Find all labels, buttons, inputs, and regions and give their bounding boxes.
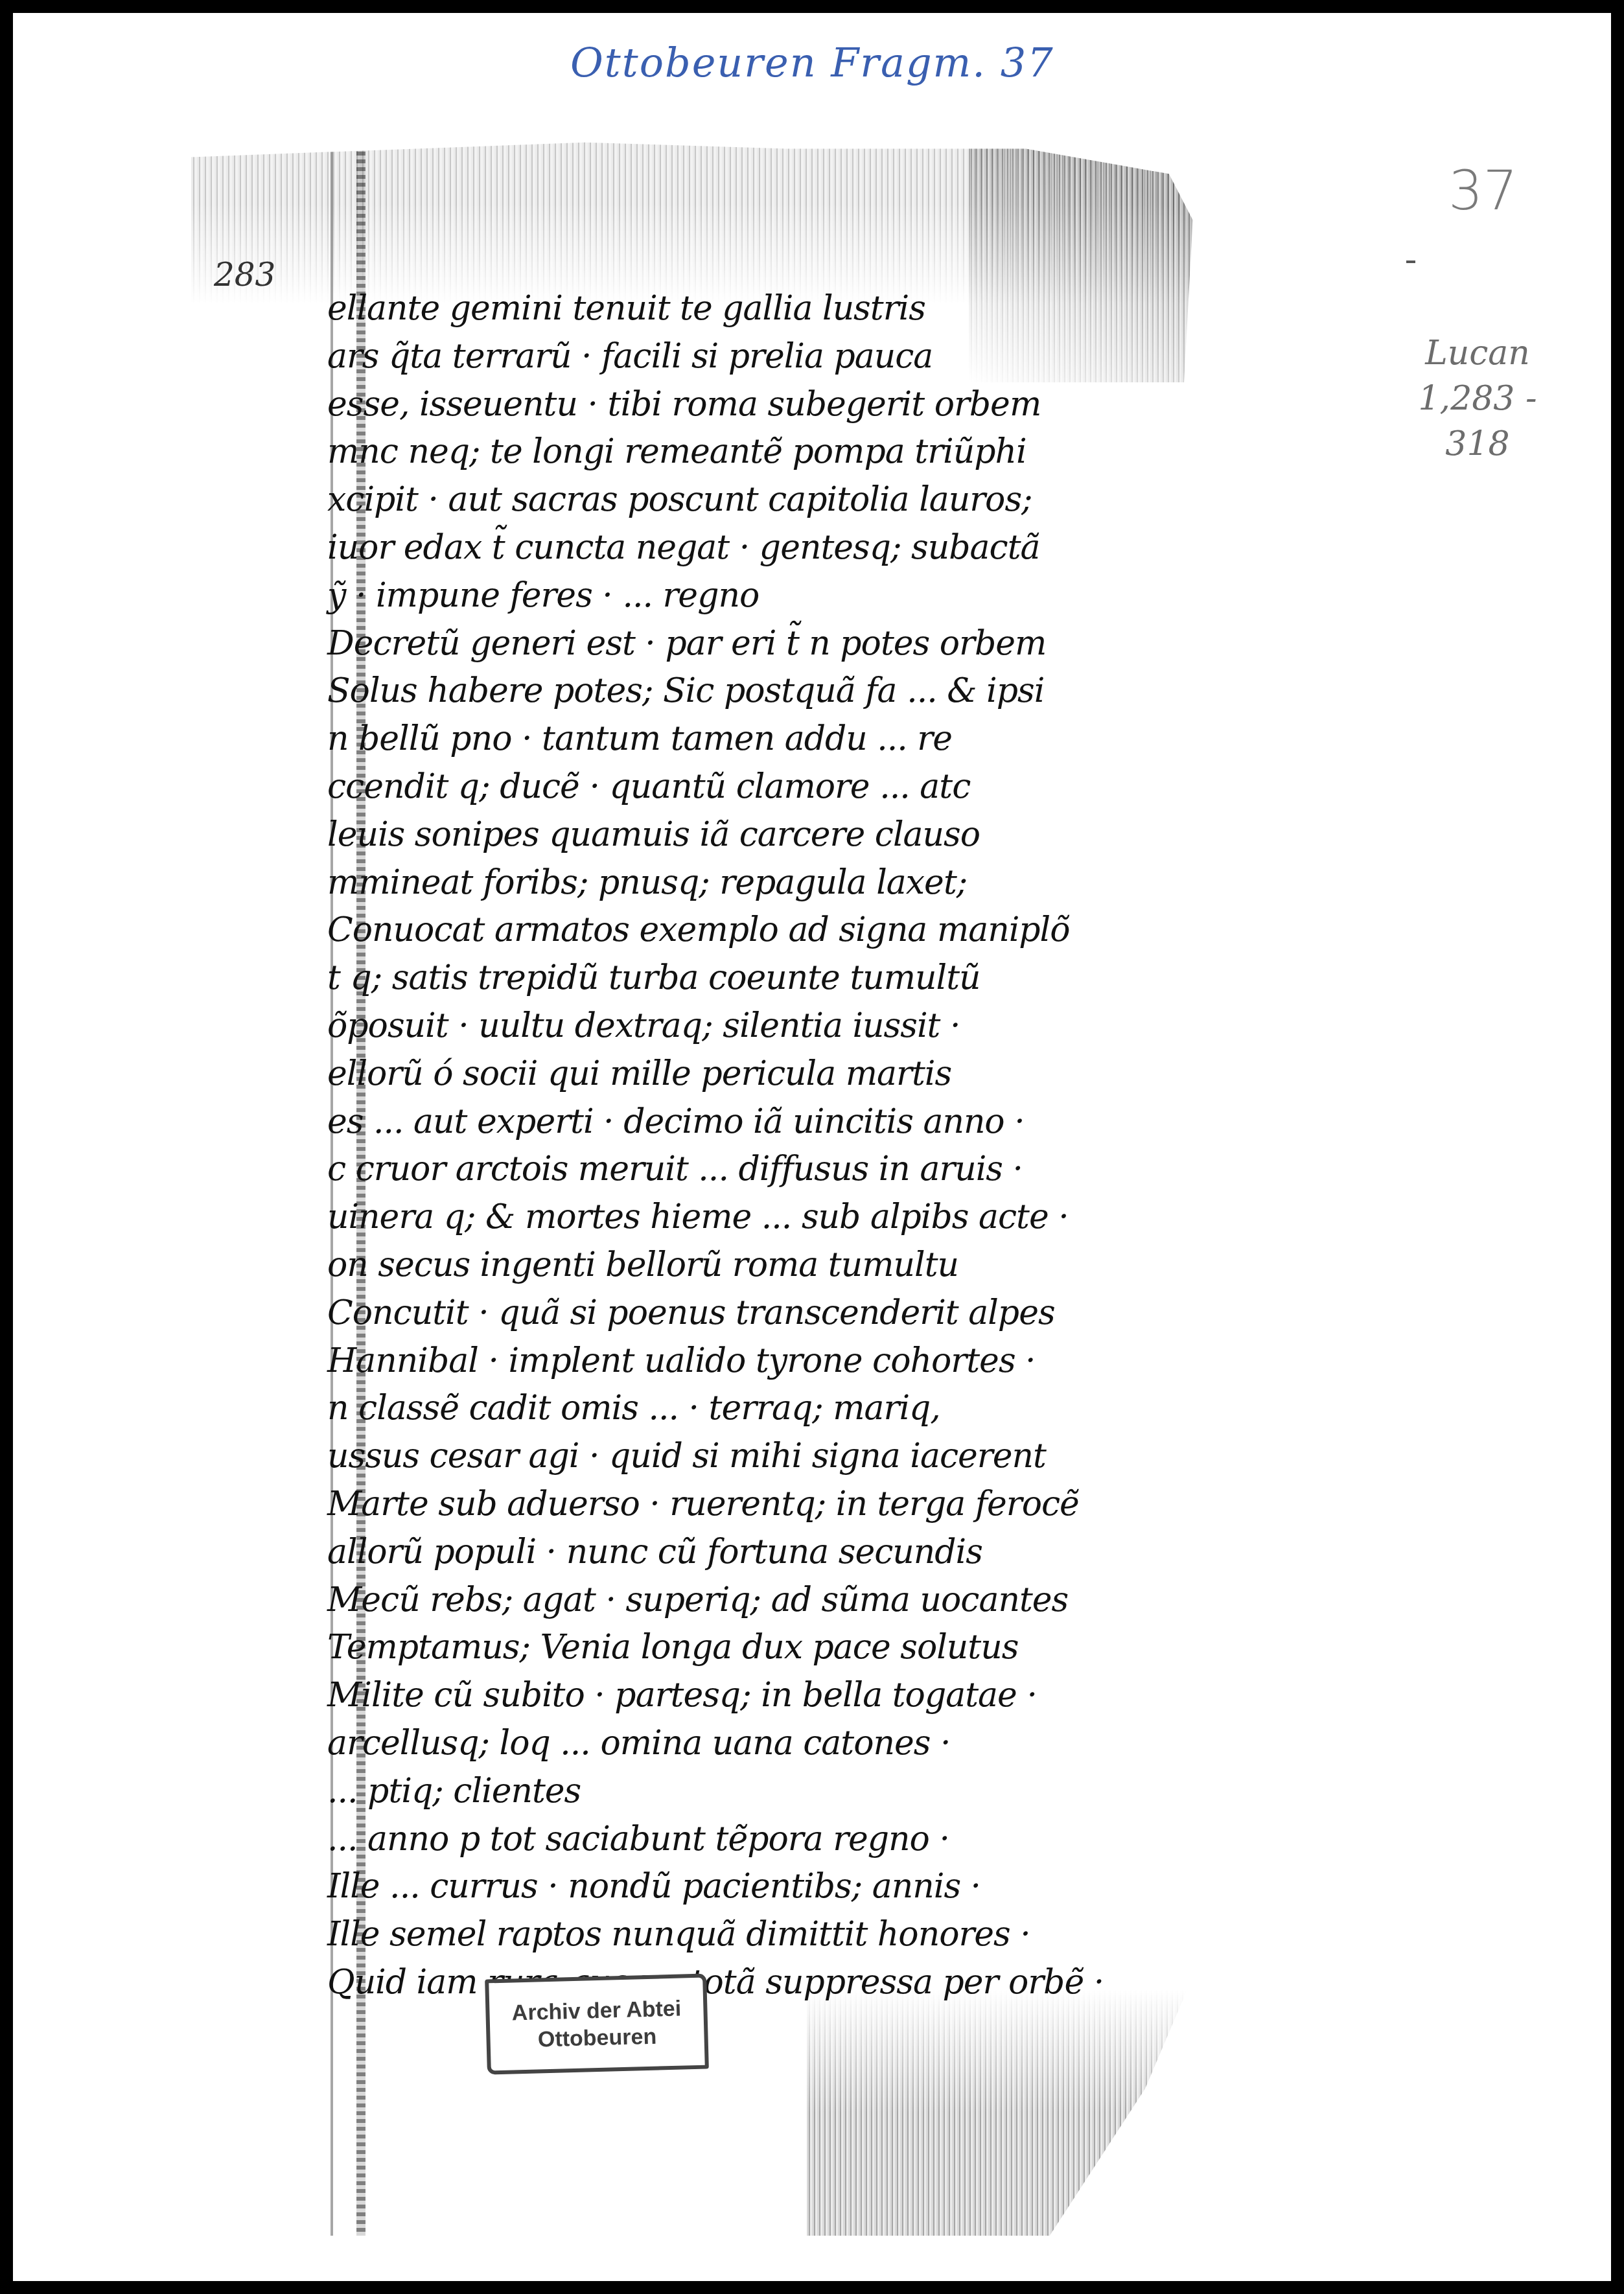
leaf-stain-bottom [807,1989,1390,2236]
text-line: Marte sub aduerso · ruerentq; in terga f… [327,1481,1170,1529]
text-line: Hannibal · implent ualido tyrone cohorte… [327,1338,1170,1385]
text-line: mnc neq; te longi remeantẽ pompa triũphi [327,428,1170,476]
reference-author: Lucan [1393,330,1562,376]
folio-number: 37 [1448,159,1518,222]
text-line: ỹ · impune feres · ... regno [327,572,1170,620]
text-line: mmineat foribs; pnusq; repagula laxet; [327,859,1170,907]
text-line: allorũ populi · nunc cũ fortuna secundis [327,1529,1170,1577]
text-line: ars q̃ta terrarũ · facili si prelia pauc… [327,333,1170,381]
stamp-line-1: Archiv der Abtei [511,1995,681,2026]
text-line: c cruor arctois meruit ... diffusus in a… [327,1146,1170,1194]
text-line: n classẽ cadit omis ... · terraq; mariq, [327,1385,1170,1433]
text-line: Ille semel raptos nunquã dimittit honore… [327,1911,1170,1959]
reference-annotation: Lucan 1,283 - 318 [1393,330,1562,467]
text-line: Milite cũ subito · partesq; in bella tog… [327,1672,1170,1720]
text-line: es ... aut experti · decimo iã uincitis … [327,1098,1170,1146]
text-line: on secus ingenti bellorũ roma tumultu [327,1242,1170,1290]
text-line: xcipit · aut sacras poscunt capitolia la… [327,476,1170,524]
text-line: t q; satis trepidũ turba coeunte tumultũ [327,955,1170,1002]
text-line: arcellusq; loq ... omina uana catones · [327,1720,1170,1768]
text-line: Ille ... currus · nondũ pacientibs; anni… [327,1863,1170,1911]
text-line: ussus cesar agi · quid si mihi signa iac… [327,1433,1170,1481]
text-line: Mecũ rebs; agat · superiq; ad sũma uocan… [327,1577,1170,1625]
leaf-edge [1218,318,1222,1873]
reference-lines-start: 1,283 - [1393,376,1562,421]
stamp-line-2: Ottobeuren [537,2022,656,2053]
text-line: Conuocat armatos exemplo ad signa manipl… [327,907,1170,955]
pencil-mark [1406,261,1415,263]
text-line: ellorũ ó socii qui mille pericula martis [327,1050,1170,1098]
text-line: n bellũ pno · tantum tamen addu ... re [327,715,1170,763]
text-line: ellante gemini tenuit te gallia lustris [327,285,1170,333]
archive-stamp: Archiv der Abtei Ottobeuren [485,1974,709,2075]
text-line: iuor edax t̃ cuncta negat · gentesq; sub… [327,524,1170,572]
text-line: ... anno p tot saciabunt tẽpora regno · [327,1816,1170,1864]
text-line: Decretũ generi est · par eri t̃ n potes … [327,620,1170,668]
text-line: Temptamus; Venia longa dux pace solutus [327,1624,1170,1672]
text-line: Concutit · quã si poenus transcenderit a… [327,1290,1170,1338]
text-line: Quid iam rura querar totã suppressa per … [327,1959,1170,2007]
text-line: leuis sonipes quamuis iã carcere clauso [327,811,1170,859]
text-line: ccendit q; ducẽ · quantũ clamore ... atc [327,763,1170,811]
manuscript-text: ellante gemini tenuit te gallia lustris … [327,285,1170,2007]
scanned-page: Ottobeuren Fragm. 37 37 Lucan 1,283 - 31… [13,13,1611,2281]
text-line: uinera q; & mortes hieme ... sub alpibs … [327,1194,1170,1242]
reference-lines-end: 318 [1393,421,1562,467]
text-line: Solus habere potes; Sic postquã fa ... &… [327,667,1170,715]
handwritten-title: Ottobeuren Fragm. 37 [570,39,1054,86]
margin-line-number: 283 [214,256,275,294]
leaf-stain-top [191,136,1384,305]
text-line: esse, isseuentu · tibi roma subegerit or… [327,381,1170,429]
text-line: õposuit · uultu dextraq; silentia iussit… [327,1002,1170,1050]
text-line: ... ptiq; clientes [327,1768,1170,1816]
